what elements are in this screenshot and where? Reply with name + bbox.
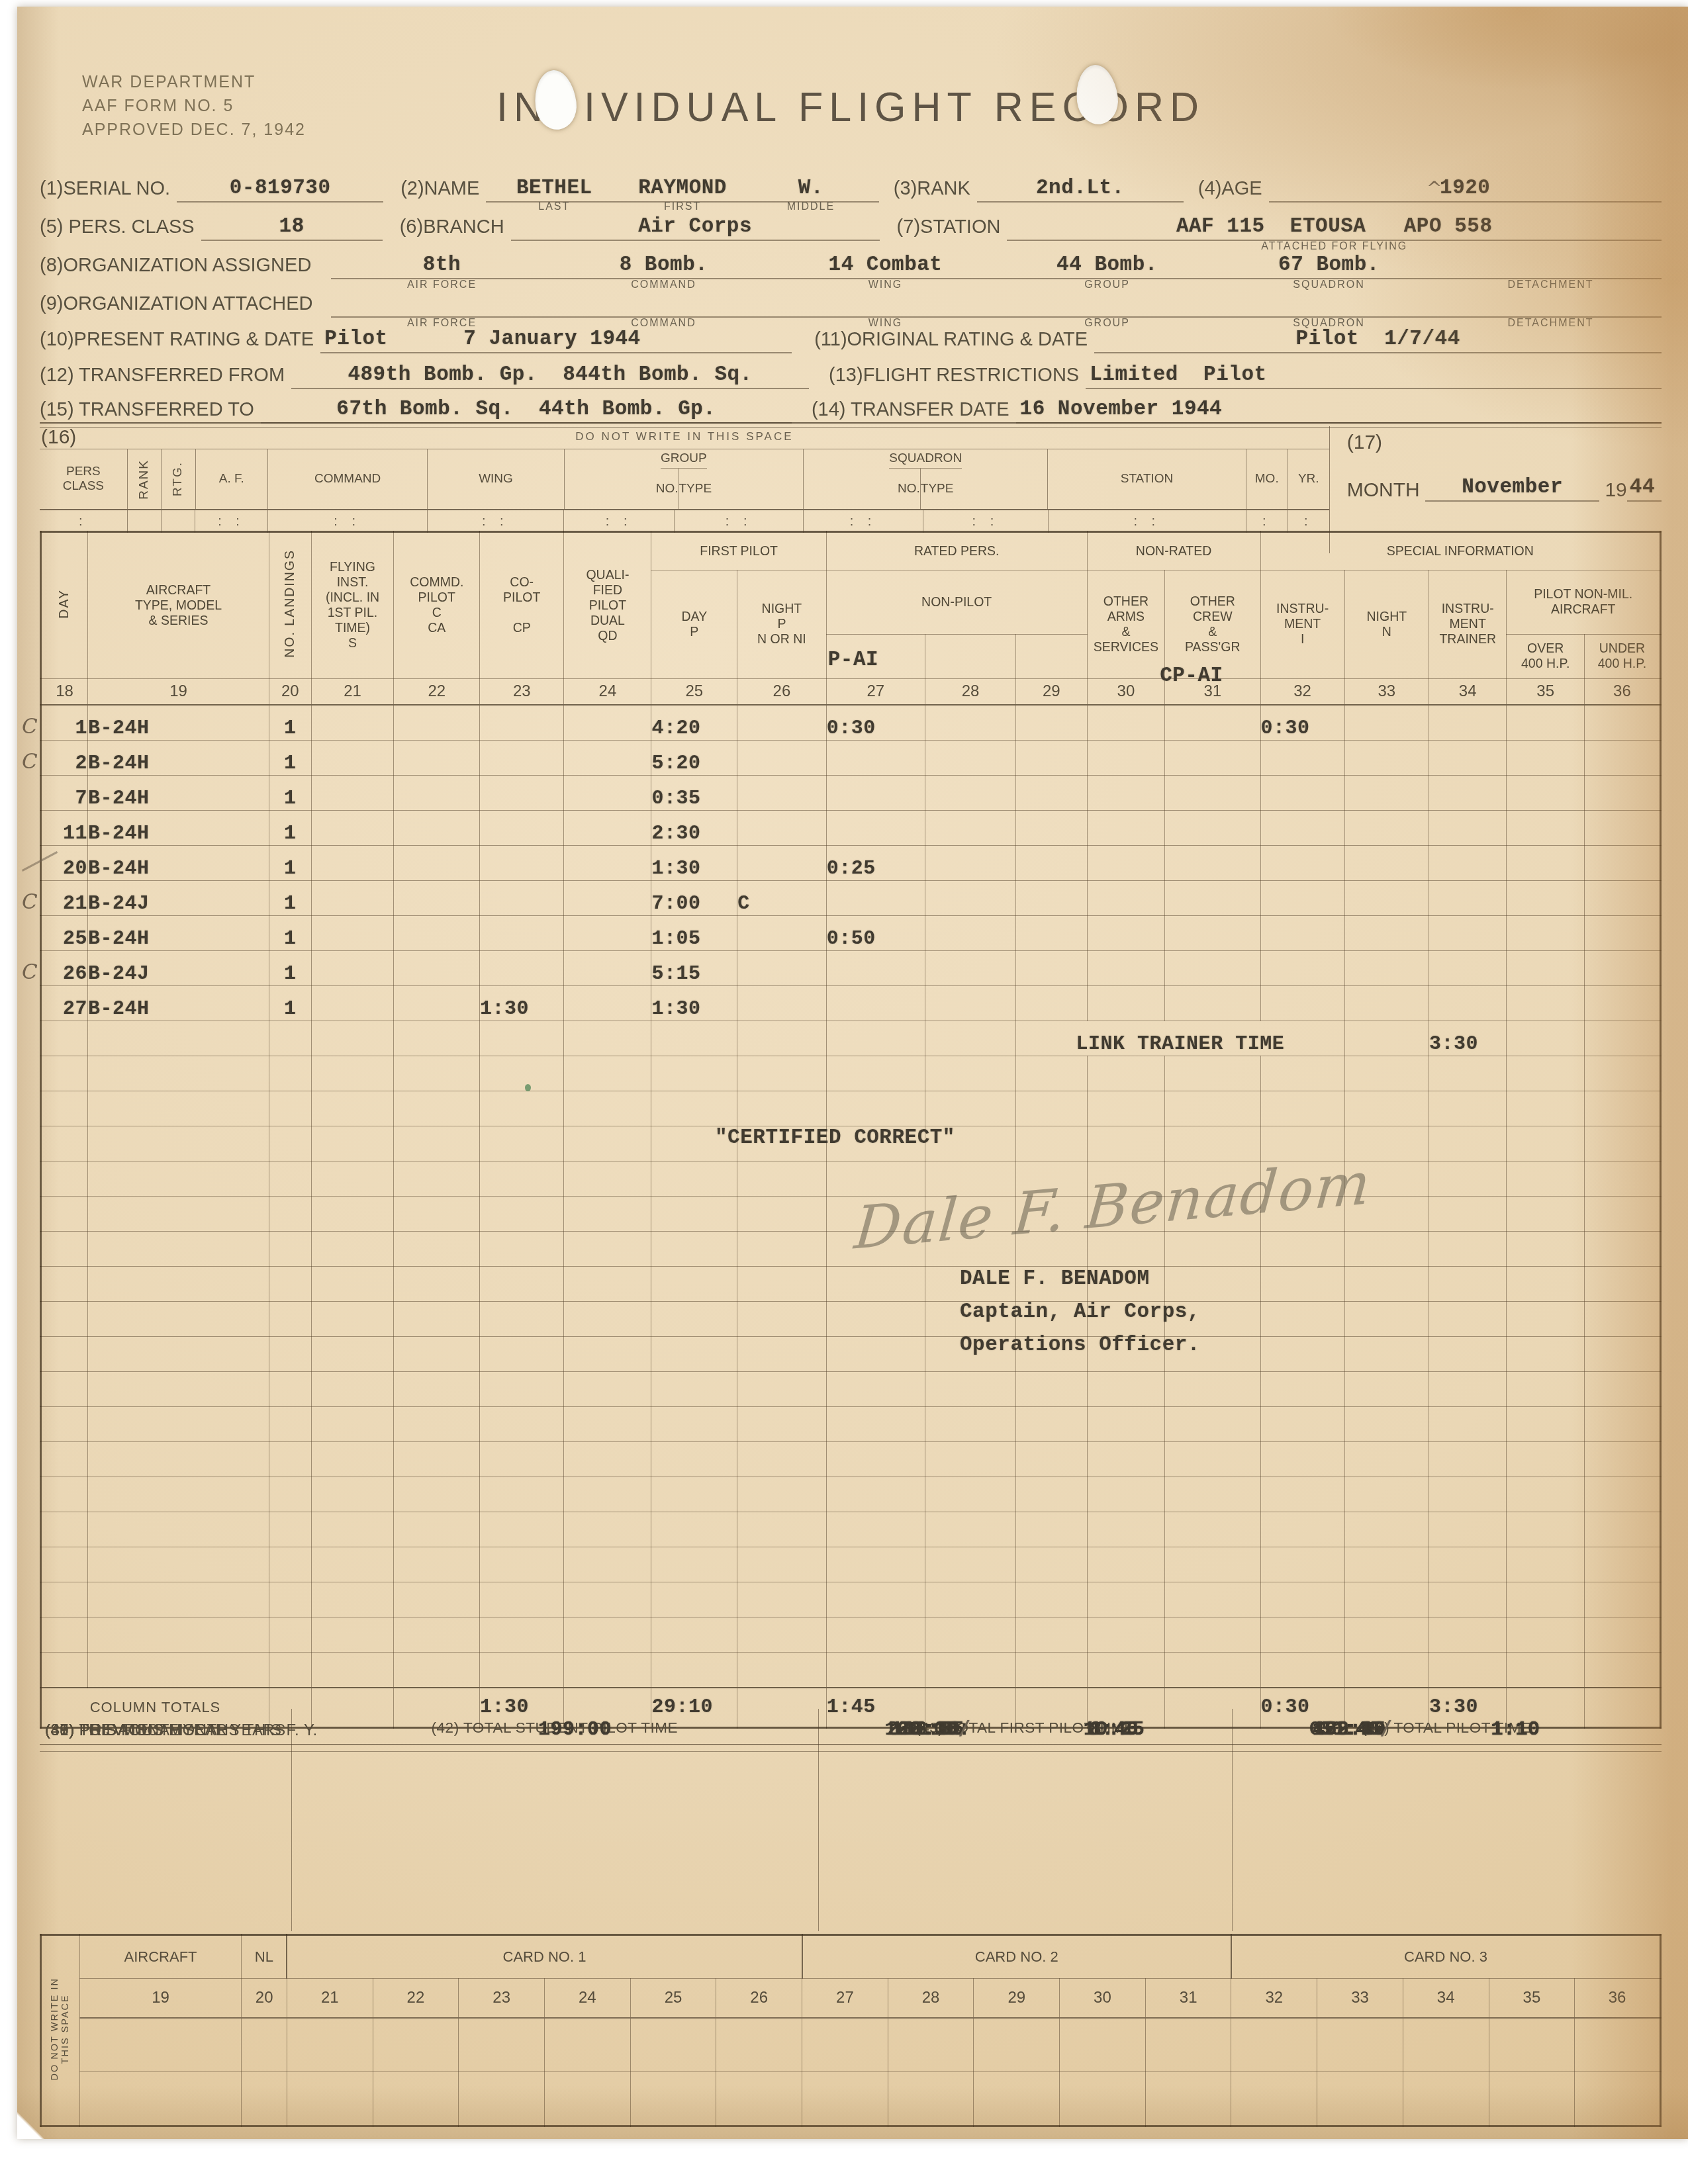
present-rating-label: (10)PRESENT RATING & DATE (40, 329, 320, 353)
aircraft-value: B-24H (88, 928, 150, 950)
row-org-attached: (9)ORGANIZATION ATTACHED AIR FORCE COMMA… (40, 287, 1662, 318)
transferred-from-value: 489th Bomb. Gp. 844th Bomb. Sq. (291, 359, 809, 389)
flight-row: 20 B-24H 1 1:30 0:25 (41, 846, 1661, 881)
empty-row (41, 1477, 1661, 1512)
row-transferred-from: (12) TRANSFERRED FROM 489th Bomb. Gp. 84… (40, 359, 1662, 389)
name-value: BETHELLAST RAYMONDFIRST W.MIDDLE (486, 172, 878, 203)
age-label: (4)AGE (1184, 178, 1269, 203)
header-p-ai-cell: P-AI (826, 635, 925, 679)
col-squadron: SQUADRON NO.TYPE (804, 449, 1048, 509)
card-blank-row-2 (41, 2072, 1661, 2126)
first-pilot-day-value: 4:20 (651, 717, 700, 740)
month-label: MONTH (1347, 479, 1420, 502)
header-day: DAY (41, 532, 88, 679)
station-label: (7)STATION (880, 216, 1008, 241)
day-value: 20 (63, 858, 87, 880)
rank-value: 2nd.Lt. (977, 172, 1184, 203)
col-yr: YR. (1288, 449, 1329, 509)
empty-row (41, 1372, 1661, 1407)
landings-value: 1 (284, 823, 297, 845)
card-column-number: 22 (373, 1979, 459, 2019)
empty-row (41, 1407, 1661, 1442)
non-pilot-value: 0:50 (827, 928, 876, 950)
col-rtg: RTG. (162, 449, 195, 509)
column-number: 25 (651, 679, 737, 705)
empty-row (41, 1512, 1661, 1547)
first-pilot-day-value: 7:00 (651, 893, 700, 915)
day-value: 11 (63, 823, 87, 845)
header-pilot-nonmil: PILOT NON-MIL. AIRCRAFT (1507, 570, 1661, 635)
empty-row (41, 1582, 1661, 1617)
student-time: 199:00 (364, 1719, 786, 1741)
name-label: (2)NAME (383, 178, 486, 203)
column-number: 34 (1429, 679, 1506, 705)
landings-value: 1 (284, 998, 297, 1021)
column-number: 30 (1087, 679, 1164, 705)
link-trainer-value: 3:30 (1429, 1033, 1478, 1056)
section16-table: PERS CLASS RANK RTG. A. F. COMMAND WING … (40, 449, 1329, 509)
flight-row: 7 B-24H 1 0:35 (41, 776, 1661, 811)
transfer-date-label: (14) TRANSFER DATE (792, 399, 1016, 424)
flight-row: C1 B-24H 1 4:20 0:30 0: (41, 705, 1661, 741)
card-column-number: 36 (1575, 1979, 1661, 2019)
card-column-number: 25 (630, 1979, 716, 2019)
totals-section: (42) TOTAL STUDENT PILOT TIME (43) TOTAL… (40, 1709, 1662, 1931)
totals-row: (41) TO DATE 199:00 278:30/ 10:25 651:45… (40, 1709, 1662, 1745)
station-value: AAF 115 ETOUSA APO 558 ATTACHED FOR FLYI… (1007, 210, 1662, 241)
header-night-p: NIGHT P N OR NI (737, 570, 827, 679)
landings-value: 1 (284, 963, 297, 985)
first-pilot-time: 278:30/ (826, 1717, 1029, 1741)
flight-row: C21 B-24J 1 7:00 C (41, 881, 1661, 916)
header-co-pilot: CO- PILOT CP (480, 532, 564, 679)
day-value: 7 (75, 788, 87, 810)
card-column-number: 23 (459, 1979, 545, 2019)
landings-value: 1 (284, 752, 297, 775)
card-no-1-header: CARD NO. 1 (287, 1935, 802, 1979)
totals-row-label: (41) TO DATE (45, 1721, 149, 1740)
flight-restrictions-value: Limited Pilot (1086, 359, 1662, 389)
flight-entries: C1 B-24H 1 4:20 0:30 0: (41, 705, 1661, 1021)
aircraft-value: B-24H (88, 823, 150, 845)
aircraft-value: B-24H (88, 858, 150, 880)
link-trainer-row: LINK TRAINER TIME 3:30 (41, 1021, 1661, 1056)
empty-row (41, 1547, 1661, 1582)
card-column-number: 19 (79, 1979, 242, 2019)
first-pilot-day-value: 1:30 (651, 998, 700, 1021)
flight-row: 27 B-24H 1 1:30 1:30 (41, 986, 1661, 1021)
card-column-number: 27 (802, 1979, 888, 2019)
aircraft-value: B-24J (88, 963, 150, 985)
org-attached-label: (9)ORGANIZATION ATTACHED (40, 293, 331, 318)
header-other-crew: OTHER CREW & PASS'GRCP-AI (1165, 570, 1260, 679)
first-pilot-day-value: 2:30 (651, 823, 700, 845)
header-other-arms: OTHER ARMS & SERVICES (1087, 570, 1164, 679)
row-serial-name: (1)SERIAL NO. 0-819730 (2)NAME BETHELLAS… (40, 172, 1662, 203)
card-column-number: 29 (974, 1979, 1060, 2019)
card-column-number: 31 (1145, 1979, 1231, 2019)
scanned-flight-record-page: WAR DEPARTMENT AAF FORM NO. 5 APPROVED D… (0, 0, 1688, 2184)
totals-header-rule (40, 1751, 1662, 1752)
age-value: 1920 (1269, 172, 1662, 203)
card-column-number: 30 (1060, 1979, 1146, 2019)
column-number: 27 (826, 679, 925, 705)
day-value: 26 (63, 963, 87, 985)
do-not-write-strip: DO NOT WRITE IN THIS SPACE (41, 1935, 80, 2126)
year-typed: 44 (1627, 475, 1662, 502)
card-column-number: 32 (1231, 1979, 1317, 2019)
card-nl-header: NL (242, 1935, 287, 1979)
signer-rank: Captain, Air Corps, (960, 1296, 1200, 1329)
col-pers-class: PERS CLASS (40, 449, 128, 509)
column-number: 24 (564, 679, 651, 705)
section16-tick-row: : : : : : : : : : : : : : : : : : : : (40, 509, 1329, 533)
empty-row (41, 1232, 1661, 1267)
section-16: (16) DO NOT WRITE IN THIS SPACE PERS CLA… (40, 426, 1329, 533)
landings-value: 1 (284, 717, 297, 740)
column-number: 21 (311, 679, 394, 705)
card-header-row: DO NOT WRITE IN THIS SPACE AIRCRAFT NL C… (41, 1935, 1661, 1979)
empty-row (41, 1337, 1661, 1372)
header-instrument-trainer: INSTRU- MENT TRAINER (1429, 570, 1506, 679)
column-number: 29 (1016, 679, 1088, 705)
landings-value: 1 (284, 893, 297, 915)
empty-row (41, 1267, 1661, 1302)
aircraft-value: B-24H (88, 788, 150, 810)
org-assigned-label: (8)ORGANIZATION ASSIGNED (40, 255, 331, 279)
header-aircraft: AIRCRAFT TYPE, MODEL & SERIES (87, 532, 269, 679)
branch-value: Air Corps (511, 210, 880, 241)
paper-sheet: WAR DEPARTMENT AAF FORM NO. 5 APPROVED D… (17, 7, 1688, 2139)
header-col29-blank (1016, 635, 1088, 679)
col-station: STATION (1048, 449, 1246, 509)
first-pilot-time-2: 10:25 (1037, 1719, 1192, 1741)
aircraft-value: B-24H (88, 717, 150, 740)
flight-row: 11 B-24H 1 2:30 (41, 811, 1661, 846)
row-transferred-to: (15) TRANSFERRED TO 67th Bomb. Sq. 44th … (40, 393, 1662, 424)
column-number: 18 (41, 679, 88, 705)
card-no-2-header: CARD NO. 2 (802, 1935, 1231, 1979)
p-ai-typed: P-AI (828, 649, 926, 673)
pers-class-value: 18 (201, 210, 383, 241)
non-pilot-value: 0:30 (827, 717, 876, 740)
column-number: 33 (1344, 679, 1429, 705)
header-non-rated: NON-RATED (1087, 532, 1260, 570)
day-value: 1 (75, 717, 87, 740)
aircraft-value: B-24H (88, 998, 150, 1021)
pencil-c-mark: C (22, 960, 38, 984)
landings-value: 1 (284, 788, 297, 810)
transferred-from-label: (12) TRANSFERRED FROM (40, 365, 291, 389)
empty-row (41, 1091, 1661, 1126)
card-column-number: 33 (1317, 1979, 1403, 2019)
signature-block: DALE F. BENADOM Captain, Air Corps, Oper… (960, 1263, 1200, 1362)
column-number: 19 (87, 679, 269, 705)
empty-row (41, 1442, 1661, 1477)
column-number: 20 (269, 679, 312, 705)
header-first-pilot: FIRST PILOT (651, 532, 826, 570)
card-column-number: 26 (716, 1979, 802, 2019)
serial-label: (1)SERIAL NO. (40, 178, 177, 203)
col-rank: RANK (128, 449, 162, 509)
serial-value: 0-819730 (177, 172, 383, 203)
column-number-row: 18192021222324252627282930313233343536 (41, 679, 1661, 705)
empty-rows (41, 1056, 1661, 1688)
column-number: 35 (1507, 679, 1584, 705)
row-ratings: (10)PRESENT RATING & DATE Pilot 7 Januar… (40, 323, 1662, 353)
col-wing: WING (428, 449, 564, 509)
first-pilot-day-value: 5:20 (651, 752, 700, 775)
pers-class-label: (5) PERS. CLASS (40, 216, 201, 241)
column-number: 23 (480, 679, 564, 705)
pilot-time: 651:45/ (1256, 1717, 1443, 1741)
column-number: 36 (1584, 679, 1660, 705)
form-content: WAR DEPARTMENT AAF FORM NO. 5 APPROVED D… (40, 7, 1662, 2139)
flight-row: C26 B-24J 1 5:15 (41, 951, 1661, 986)
card-aircraft-header: AIRCRAFT (79, 1935, 242, 1979)
transferred-to-label: (15) TRANSFERRED TO (40, 399, 261, 424)
day-value: 2 (75, 752, 87, 775)
empty-row (41, 1056, 1661, 1091)
card-column-number: 35 (1489, 1979, 1575, 2019)
non-pilot-value: 0:25 (827, 858, 876, 880)
header-non-pilot: NON-PILOT (826, 570, 1087, 635)
header-day-p: DAY P (651, 570, 737, 679)
branch-label: (6)BRANCH (383, 216, 511, 241)
column-number: 32 (1260, 679, 1344, 705)
check-mark: / (961, 1717, 968, 1740)
card-column-number: 21 (287, 1979, 373, 2019)
section16-tag: (16) (41, 426, 76, 449)
year-printed: 19 (1605, 479, 1626, 502)
header-landings: NO. LANDINGS (269, 532, 312, 679)
original-rating-label: (11)ORIGINAL RATING & DATE (792, 329, 1094, 353)
header-special-info: SPECIAL INFORMATION (1260, 532, 1661, 570)
header-rated-pers: RATED PERS. (826, 532, 1087, 570)
card-table: DO NOT WRITE IN THIS SPACE AIRCRAFT NL C… (40, 1934, 1662, 2127)
header-over-400: OVER 400 H.P. (1507, 635, 1584, 679)
first-pilot-day-value: 1:30 (651, 858, 700, 880)
check-mark: / (1382, 1717, 1389, 1740)
flight-row: 25 B-24H 1 1:05 0:50 (41, 916, 1661, 951)
instrument-value: 0:30 (1261, 717, 1310, 740)
transfer-date-value: 16 November 1944 (1016, 393, 1662, 424)
first-pilot-day-value: 1:05 (651, 928, 700, 950)
day-value: 27 (63, 998, 87, 1021)
card-column-number: 24 (544, 1979, 630, 2019)
card-column-number: 28 (888, 1979, 974, 2019)
signer-name: DALE F. BENADOM (960, 1263, 1200, 1296)
cp-ai-typed: CP-AI (1160, 664, 1223, 689)
empty-row (41, 1302, 1661, 1337)
col-mo: MO. (1246, 449, 1288, 509)
signer-title: Operations Officer. (960, 1329, 1200, 1362)
day-value: 21 (63, 893, 87, 915)
day-value: 25 (63, 928, 87, 950)
landings-value: 1 (284, 858, 297, 880)
col-command: COMMAND (268, 449, 428, 509)
card-column-number: 34 (1403, 1979, 1489, 2019)
header-flying-inst: FLYING INST. (INCL. IN 1ST PIL. TIME) S (311, 532, 394, 679)
header-night: NIGHT N (1344, 570, 1429, 679)
empty-row (41, 1197, 1661, 1232)
flight-restrictions-label: (13)FLIGHT RESTRICTIONS (809, 365, 1086, 389)
page-title: INDIVIDUAL FLIGHT RECORD (40, 83, 1662, 131)
header-col28-blank (925, 635, 1016, 679)
column-number: 26 (737, 679, 827, 705)
card-number-row: 192021222324252627282930313233343536 (41, 1979, 1661, 2019)
first-pilot-day-value: 5:15 (651, 963, 700, 985)
col-af: A. F. (196, 449, 269, 509)
rank-label: (3)RANK (879, 178, 977, 203)
pencil-c-mark: C (22, 715, 38, 739)
card-blank-row-1 (41, 2018, 1661, 2072)
first-pilot-day-value: 0:35 (651, 788, 700, 810)
pencil-c-mark: C (22, 890, 38, 914)
certified-correct-text: "CERTIFIED CORRECT" (715, 1126, 955, 1150)
col-group: GROUP NO.TYPE (565, 449, 804, 509)
pencil-c-mark: C (22, 750, 38, 774)
card-no-3-header: CARD NO. 3 (1231, 1935, 1661, 1979)
do-not-write-note: DO NOT WRITE IN THIS SPACE (40, 426, 1329, 449)
card-column-number: 20 (242, 1979, 287, 2019)
aircraft-value: B-24H (88, 752, 150, 775)
column-number: 28 (925, 679, 1016, 705)
link-trainer-label: LINK TRAINER TIME (1076, 1033, 1285, 1056)
row-org-assigned: (8)ORGANIZATION ASSIGNED 8thAIR FORCE 8 … (40, 249, 1662, 279)
pilot-time-2: 1:10 (1442, 1719, 1589, 1741)
aircraft-value: B-24J (88, 893, 150, 915)
flight-row: C2 B-24H 1 5:20 (41, 741, 1661, 776)
empty-row (41, 1617, 1661, 1653)
empty-row (41, 1161, 1661, 1197)
empty-row (41, 1653, 1661, 1688)
header-under-400: UNDER 400 H.P. (1584, 635, 1660, 679)
section17-tag: (17) (1347, 432, 1662, 454)
landings-value: 1 (284, 928, 297, 950)
column-number: 22 (394, 679, 480, 705)
present-rating-value: Pilot 7 January 1944 (320, 323, 792, 353)
month-value: November (1425, 471, 1600, 502)
transferred-to-value: 67th Bomb. Sq. 44th Bomb. Gp. (261, 393, 792, 424)
header-instrument: INSTRU- MENT I (1260, 570, 1344, 679)
header-commd-pilot: COMMD. PILOT C CA (394, 532, 480, 679)
original-rating-value: Pilot 1/7/44 (1094, 323, 1662, 353)
header-qualified-pilot: QUALI- FIED PILOT DUAL QD (564, 532, 651, 679)
row-class-branch-station: (5) PERS. CLASS 18 (6)BRANCH Air Corps (… (40, 210, 1662, 241)
